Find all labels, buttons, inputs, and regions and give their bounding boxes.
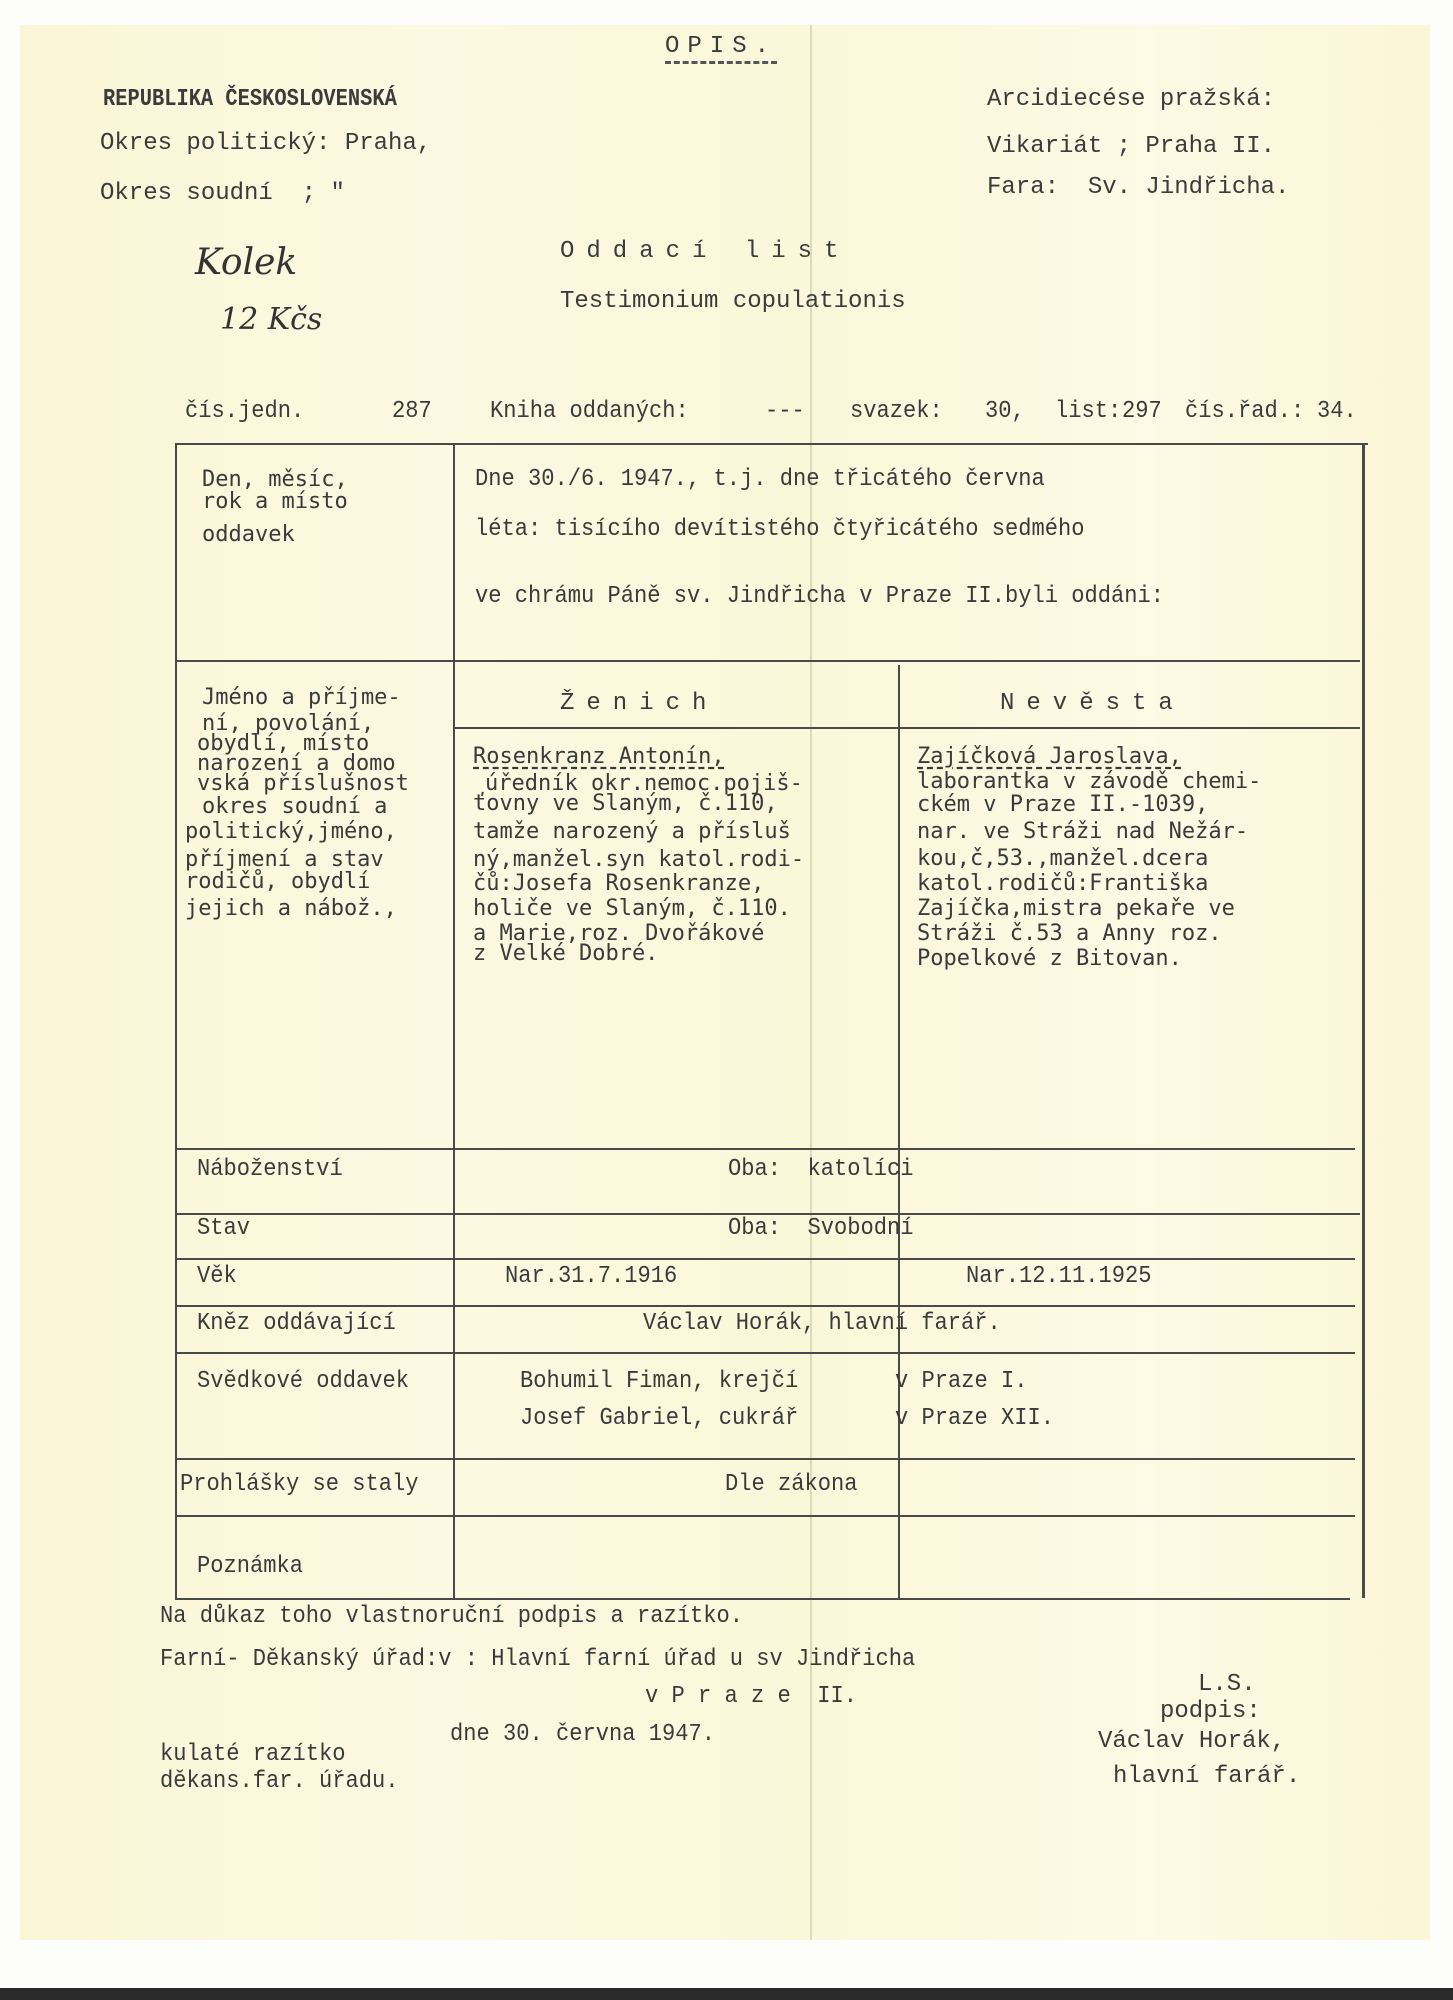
reg-svazek: 30, bbox=[985, 400, 1025, 424]
date-place-label-3: oddavek bbox=[202, 523, 295, 547]
banns-label: Prohlášky se staly bbox=[180, 1473, 419, 1497]
signer-name: Václav Horák, bbox=[1098, 1730, 1285, 1754]
status-label: Stav bbox=[197, 1217, 250, 1241]
copy-label: OPIS. bbox=[665, 35, 777, 64]
reg-cis-jedn: 287 bbox=[392, 400, 432, 424]
reg-kniha-label: Kniha oddaných: bbox=[490, 400, 689, 424]
religion-value: Oba: katolíci bbox=[728, 1158, 914, 1182]
signature-label: podpis: bbox=[1160, 1700, 1261, 1724]
stamp-note-kolek: Kolek bbox=[195, 245, 297, 281]
political-district: Okres politický: Praha, bbox=[100, 132, 431, 156]
reg-cis-rad: 34. bbox=[1317, 400, 1357, 424]
republic-header: REPUBLIKA ČESKOSLOVENSKÁ bbox=[103, 88, 397, 112]
note-label: Poznámka bbox=[197, 1555, 303, 1579]
reg-list-label: list: bbox=[1055, 400, 1121, 424]
issuing-city: v P r a z e II. bbox=[645, 1685, 857, 1709]
priest-value: Václav Horák, hlavní farář. bbox=[643, 1312, 1001, 1336]
vicariate: Vikariát ; Praha II. bbox=[987, 135, 1275, 159]
reg-svazek-label: svazek: bbox=[850, 400, 943, 424]
religion-label: Náboženství bbox=[197, 1158, 343, 1182]
date-place-value-2: léta: tisícího devítistého čtyřicátého s… bbox=[475, 518, 1085, 542]
document-subtitle: Testimonium copulationis bbox=[560, 290, 906, 314]
stamp-note-2: děkans.far. úřadu. bbox=[160, 1770, 399, 1794]
groom-header: Ženich bbox=[560, 692, 718, 716]
date-place-value-1: Dne 30./6. 1947., t.j. dne třicátého čer… bbox=[475, 468, 1045, 492]
signer-title: hlavní farář. bbox=[1113, 1765, 1300, 1789]
judicial-district: Okres soudní ; " bbox=[100, 182, 345, 206]
attestation: Na důkaz toho vlastnoruční podpis a razí… bbox=[160, 1605, 743, 1629]
parish: Fara: Sv. Jindřicha. bbox=[987, 176, 1289, 200]
locus-sigilli: L.S. bbox=[1198, 1673, 1256, 1697]
archdiocese: Arcidiecése pražská: bbox=[987, 88, 1275, 112]
stamp-note-amount: 12 Kčs bbox=[220, 305, 322, 335]
date-place-label-2: rok a místo bbox=[202, 490, 348, 514]
bride-birthdate: Nar.12.11.1925 bbox=[966, 1265, 1152, 1289]
reg-kniha: --- bbox=[765, 400, 805, 424]
reg-cis-rad-label: čís.řad.: bbox=[1185, 400, 1304, 424]
banns-value: Dle zákona bbox=[725, 1473, 858, 1497]
issue-date: dne 30. června 1947. bbox=[450, 1723, 715, 1747]
witness-2-name: Josef Gabriel, cukrář bbox=[520, 1407, 798, 1431]
issuing-office: Farní- Děkanský úřad:v : Hlavní farní úř… bbox=[160, 1648, 915, 1672]
witness-2-place: v Praze XII. bbox=[895, 1407, 1054, 1431]
scanner-edge bbox=[0, 1988, 1453, 2000]
status-value: Oba: Svobodní bbox=[728, 1217, 914, 1241]
stamp-note-1: kulaté razítko bbox=[160, 1743, 346, 1767]
document-title: Oddací list bbox=[560, 240, 850, 264]
witness-1-place: v Praze I. bbox=[895, 1370, 1028, 1394]
reg-list: 297 bbox=[1122, 400, 1162, 424]
bride-header: Nevěsta bbox=[1000, 692, 1185, 716]
groom-birthdate: Nar.31.7.1916 bbox=[505, 1265, 677, 1289]
priest-label: Kněz oddávající bbox=[197, 1312, 396, 1336]
date-place-value-3: ve chrámu Páně sv. Jindřicha v Praze II.… bbox=[475, 585, 1164, 609]
witness-1-name: Bohumil Fiman, krejčí bbox=[520, 1370, 798, 1394]
witnesses-label: Svědkové oddavek bbox=[197, 1370, 409, 1394]
age-label: Věk bbox=[197, 1265, 237, 1289]
reg-cis-jedn-label: čís.jedn. bbox=[185, 400, 304, 424]
